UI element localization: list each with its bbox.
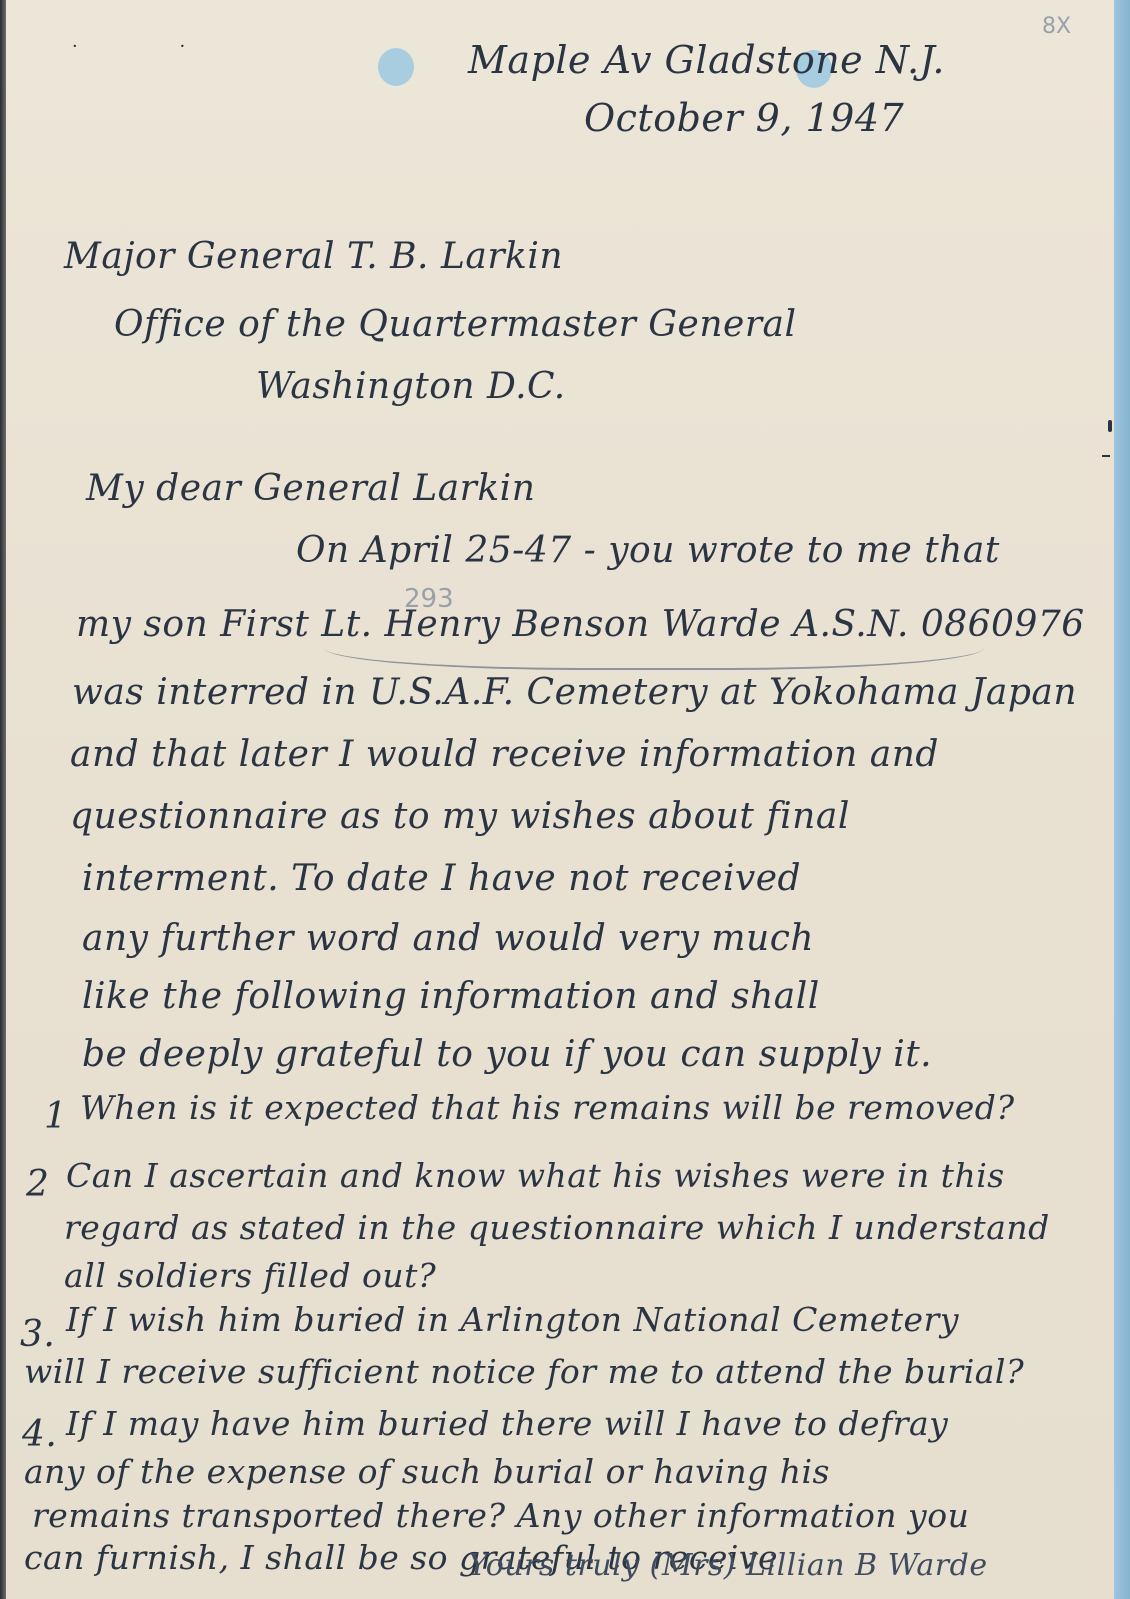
body-line-3: was interred in U.S.A.F. Cemetery at Yok… [72, 672, 1077, 713]
question-number: 4. [22, 1414, 57, 1455]
question-line: When is it expected that his remains wil… [80, 1088, 1015, 1127]
question-line: remains transported there? Any other inf… [32, 1496, 969, 1535]
salutation: My dear General Larkin [86, 468, 535, 509]
letter-page: · · 8X Maple Av Gladstone N.J. October 9… [6, 0, 1114, 1599]
question-line: any of the expense of such burial or hav… [24, 1452, 830, 1491]
question-line: If I may have him buried there will I ha… [66, 1404, 948, 1443]
recipient-name: Major General T. B. Larkin [64, 236, 563, 277]
letter-date: October 9, 1947 [584, 96, 904, 140]
question-line: regard as stated in the questionnaire wh… [64, 1208, 1050, 1247]
body-line-7: any further word and would very much [82, 918, 814, 959]
ink-mark [1102, 455, 1110, 457]
body-line-5: questionnaire as to my wishes about fina… [70, 796, 850, 837]
signature: Yours truly (Mrs) Lillian B Warde [468, 1548, 988, 1583]
question-line: Can I ascertain and know what his wishes… [66, 1156, 1005, 1195]
body-line-8: like the following information and shall [82, 976, 820, 1017]
body-line-2: my son First Lt. Henry Benson Warde A.S.… [76, 604, 1085, 645]
body-line-9: be deeply grateful to you if you can sup… [82, 1034, 932, 1075]
question-number: 3. [20, 1314, 55, 1355]
corner-pencil-mark: 8X [1042, 14, 1071, 39]
scan-right-edge [1114, 0, 1130, 1599]
body-line-1: On April 25-47 - you wrote to me that [296, 530, 1000, 571]
question-line: If I wish him buried in Arlington Nation… [66, 1300, 959, 1339]
body-line-6: interment. To date I have not received [82, 858, 801, 899]
question-line: will I receive sufficient notice for me … [24, 1352, 1024, 1391]
recipient-office: Office of the Quartermaster General [114, 304, 797, 345]
recipient-city: Washington D.C. [256, 366, 566, 407]
pencil-underline [324, 648, 984, 670]
sender-address: Maple Av Gladstone N.J. [468, 38, 945, 82]
body-line-4: and that later I would receive informati… [70, 734, 939, 775]
question-number: 1 [44, 1096, 67, 1137]
question-number: 2 [26, 1164, 49, 1205]
ink-specks: · · [72, 36, 233, 57]
question-line: all soldiers filled out? [64, 1256, 436, 1295]
punch-hole-left [378, 48, 414, 86]
ink-mark [1108, 420, 1112, 432]
